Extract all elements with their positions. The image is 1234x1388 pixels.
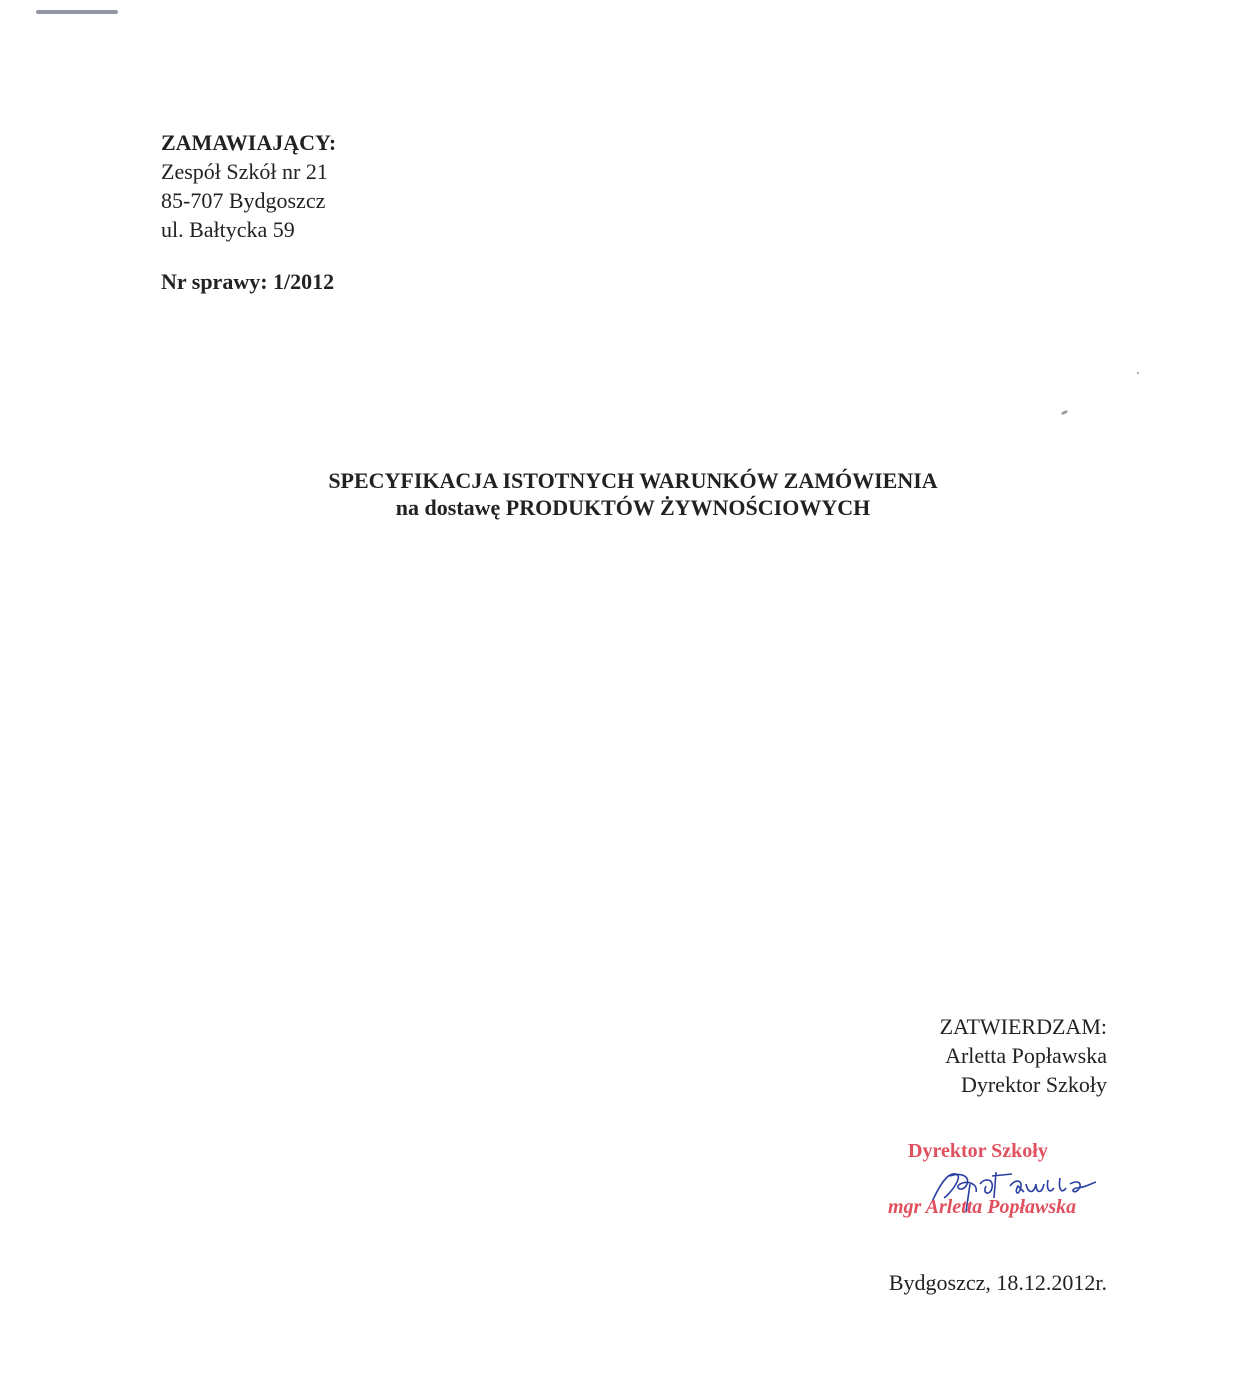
case-number: Nr sprawy: 1/2012 [161,269,334,295]
approver-name: Arletta Popławska [940,1041,1107,1070]
approval-block: ZATWIERDZAM: Arletta Popławska Dyrektor … [940,1012,1107,1099]
orderer-label: ZAMAWIAJĄCY: [161,128,336,157]
stamp-name: mgr Arletta Popławska [888,1196,1076,1219]
document-title-line1: SPECYFIKACJA ISTOTNYCH WARUNKÓW ZAMÓWIEN… [0,467,1234,494]
orderer-name: Zespół Szkół nr 21 [161,157,336,186]
place-and-date: Bydgoszcz, 18.12.2012r. [889,1270,1107,1296]
scan-speck [1137,372,1139,374]
approver-role: Dyrektor Szkoły [940,1070,1107,1099]
scan-artifact-mark [36,10,118,14]
approval-label: ZATWIERDZAM: [940,1012,1107,1041]
orderer-city: 85-707 Bydgoszcz [161,186,336,215]
document-title-line2: na dostawę PRODUKTÓW ŻYWNOŚCIOWYCH [0,494,1234,521]
scan-speck [1061,410,1069,416]
official-stamp: Dyrektor Szkoły mgr Arletta Popławska [880,1140,1110,1225]
orderer-street: ul. Bałtycka 59 [161,215,336,244]
orderer-block: ZAMAWIAJĄCY: Zespół Szkół nr 21 85-707 B… [161,128,336,244]
